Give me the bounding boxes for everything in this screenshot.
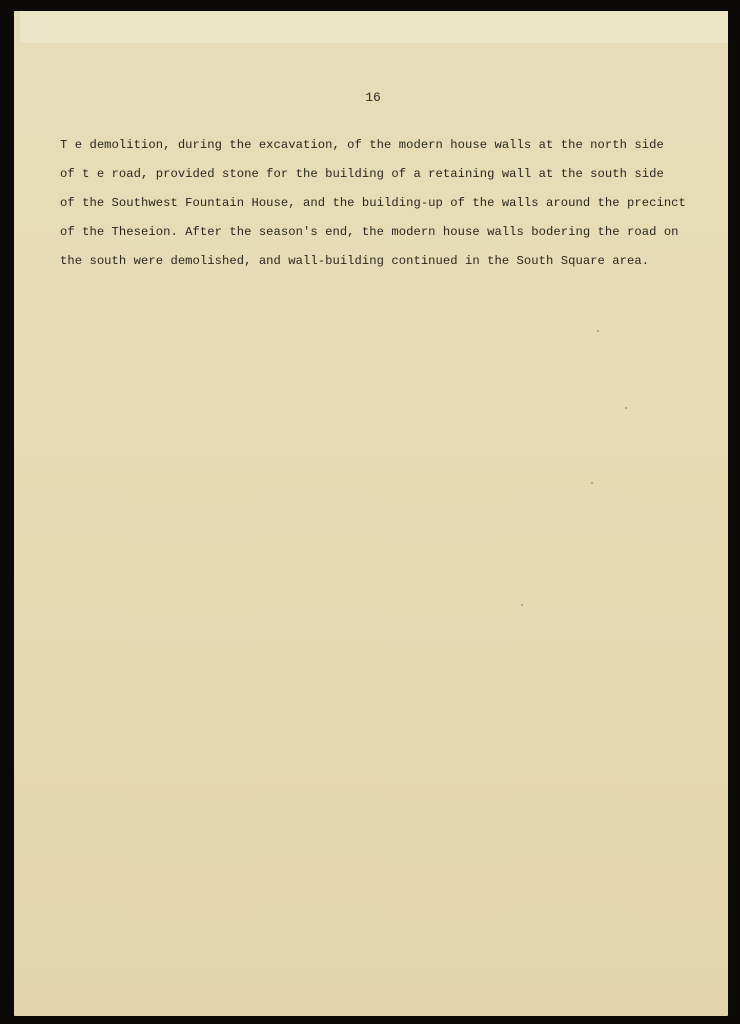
paper-speck [521,604,523,606]
text-line: the south were demolished, and wall-buil… [60,247,700,276]
paper-speck [625,407,627,409]
paper-page: 16 T e demolition, during the excavation… [14,11,728,1016]
page-top-edge [20,11,728,43]
page-number: 16 [353,90,393,105]
text-line: of t e road, provided stone for the buil… [60,160,700,189]
text-line: of the Southwest Fountain House, and the… [60,189,700,218]
typed-paragraph: T e demolition, during the excavation, o… [60,131,700,276]
text-line: T e demolition, during the excavation, o… [60,131,700,160]
paper-speck [591,482,593,484]
text-line: of the Theseion. After the season's end,… [60,218,700,247]
paper-speck [597,330,599,332]
